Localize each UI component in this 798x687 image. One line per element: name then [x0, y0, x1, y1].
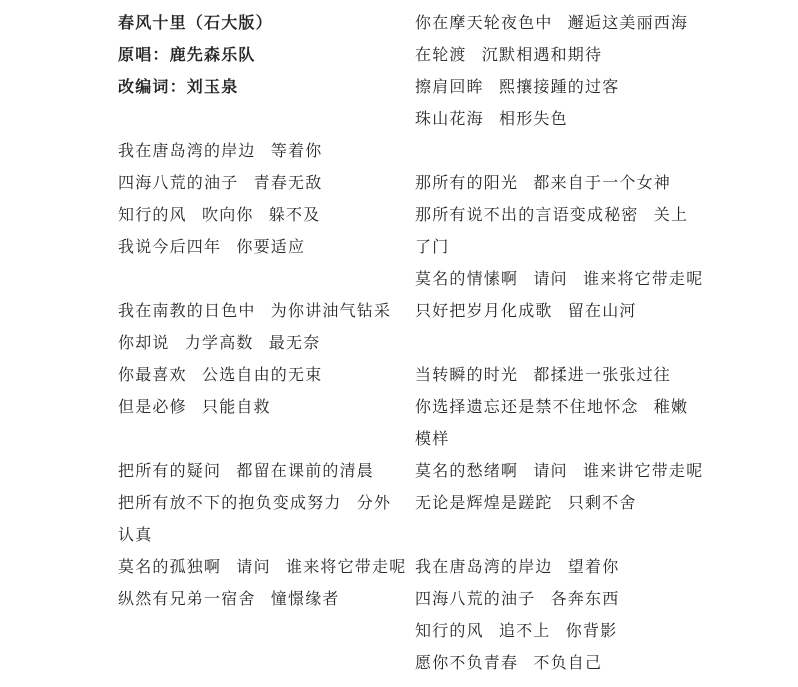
lyric-line: 我在唐岛湾的岸边 等着你	[118, 136, 428, 168]
blank-line	[118, 264, 428, 296]
lyric-line: 当转瞬的时光 都揉进一张张过往	[415, 360, 725, 392]
lyric-line: 把所有放不下的抱负变成努力 分外	[118, 488, 428, 520]
lyric-line: 我在南教的日色中 为你讲油气钻采	[118, 296, 428, 328]
lyric-line: 模样	[415, 424, 725, 456]
lyric-line: 珠山花海 相形失色	[415, 104, 725, 136]
lyric-line: 你在摩天轮夜色中 邂逅这美丽西海	[415, 8, 725, 40]
lyric-line: 你选择遗忘还是禁不住地怀念 稚嫩	[415, 392, 725, 424]
lyric-line: 莫名的孤独啊 请问 谁来将它带走呢	[118, 552, 428, 584]
lyric-line: 无论是辉煌是蹉跎 只剩不舍	[415, 488, 725, 520]
lyric-line: 认真	[118, 520, 428, 552]
blank-line	[415, 520, 725, 552]
blank-line	[118, 424, 428, 456]
lyric-line: 你却说 力学高数 最无奈	[118, 328, 428, 360]
blank-line	[415, 328, 725, 360]
lyric-line: 了门	[415, 232, 725, 264]
document-page: 春风十里（石大版）原唱：鹿先森乐队改编词：刘玉泉 我在唐岛湾的岸边 等着你四海八…	[0, 0, 798, 687]
adapted-lyricist: 改编词：刘玉泉	[118, 72, 428, 104]
lyric-line: 在轮渡 沉默相遇和期待	[415, 40, 725, 72]
lyric-line: 愿你不负青春 不负自己	[415, 648, 725, 680]
lyrics-column-right: 你在摩天轮夜色中 邂逅这美丽西海在轮渡 沉默相遇和期待擦肩回眸 熙攘接踵的过客珠…	[415, 8, 725, 680]
lyric-line: 但是必修 只能自救	[118, 392, 428, 424]
lyric-line: 我在唐岛湾的岸边 望着你	[415, 552, 725, 584]
lyric-line: 只好把岁月化成歌 留在山河	[415, 296, 725, 328]
lyric-line: 那所有的阳光 都来自于一个女神	[415, 168, 725, 200]
lyric-line: 我说今后四年 你要适应	[118, 232, 428, 264]
lyric-line: 四海八荒的油子 青春无敌	[118, 168, 428, 200]
song-title: 春风十里（石大版）	[118, 8, 428, 40]
lyric-line: 纵然有兄弟一宿舍 憧憬缘者	[118, 584, 428, 616]
lyric-line: 那所有说不出的言语变成秘密 关上	[415, 200, 725, 232]
lyric-line: 莫名的情愫啊 请问 谁来将它带走呢	[415, 264, 725, 296]
lyric-line: 四海八荒的油子 各奔东西	[415, 584, 725, 616]
lyric-line: 把所有的疑问 都留在课前的清晨	[118, 456, 428, 488]
lyrics-column-left: 春风十里（石大版）原唱：鹿先森乐队改编词：刘玉泉 我在唐岛湾的岸边 等着你四海八…	[118, 8, 428, 616]
blank-line	[415, 136, 725, 168]
lyric-line: 知行的风 吹向你 躲不及	[118, 200, 428, 232]
lyric-line: 知行的风 追不上 你背影	[415, 616, 725, 648]
lyric-line: 你最喜欢 公选自由的无束	[118, 360, 428, 392]
blank-line	[118, 104, 428, 136]
original-artist: 原唱：鹿先森乐队	[118, 40, 428, 72]
lyric-line: 莫名的愁绪啊 请问 谁来讲它带走呢	[415, 456, 725, 488]
lyric-line: 擦肩回眸 熙攘接踵的过客	[415, 72, 725, 104]
